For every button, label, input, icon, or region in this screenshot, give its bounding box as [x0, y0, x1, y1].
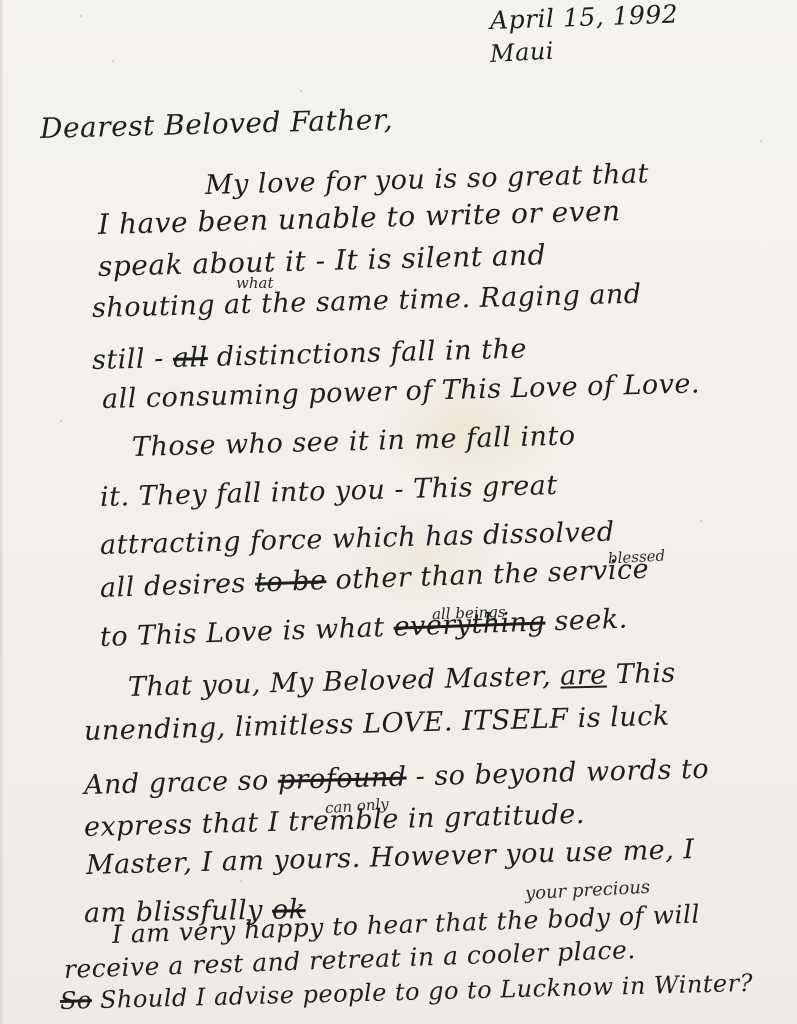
letter-line: I have been unable to write or even — [98, 194, 621, 241]
letter-line: it. They fall into you - This great — [100, 470, 558, 513]
struck-word: all — [172, 342, 208, 374]
letter-page: April 15, 1992 Maui Dearest Beloved Fath… — [0, 0, 797, 1024]
paper-speck — [240, 880, 242, 882]
letter-line: Master, I am yours. However you use me, … — [86, 834, 695, 881]
letter-place: Maui — [489, 37, 554, 68]
letter-line: shouting at the same time. Raging and — [92, 279, 642, 324]
letter-line: attracting force which has dissolved — [100, 517, 615, 561]
letter-line: still - all distinctions fall in the — [92, 334, 528, 376]
letter-line: Those who see it in me fall into — [132, 420, 576, 463]
letter-line: unending, limitless LOVE. ITSELF is luck — [84, 701, 670, 747]
paper-edge — [0, 0, 4, 1024]
letter-line: to This Love is what everything seek. — [99, 604, 628, 653]
paper-speck — [60, 420, 62, 422]
paper-speck — [80, 15, 82, 17]
struck-word: So — [60, 986, 93, 1015]
letter-line: And grace so profound - so beyond words … — [84, 754, 710, 801]
paper-speck — [700, 520, 702, 522]
letter-line: speak about it - It is silent and — [98, 238, 547, 283]
paper-speck — [760, 140, 762, 142]
paper-speck — [300, 90, 302, 92]
struck-word: everything — [393, 606, 546, 642]
struck-word: to be — [254, 565, 326, 598]
letter-line: express that I tremble in gratitude. — [84, 799, 586, 843]
letter-line: all desires to be other than the service — [99, 554, 649, 604]
underlined-word: are — [560, 659, 607, 691]
struck-word: profound — [277, 762, 407, 796]
letter-line: all consuming power of This Love of Love… — [102, 368, 701, 415]
letter-date: April 15, 1992 — [489, 0, 678, 35]
insertion-your-precious: your precious — [525, 877, 651, 905]
letter-line: That you, My Beloved Master, are This — [128, 658, 676, 703]
salutation: Dearest Beloved Father, — [40, 103, 394, 145]
paper-speck — [112, 60, 114, 62]
